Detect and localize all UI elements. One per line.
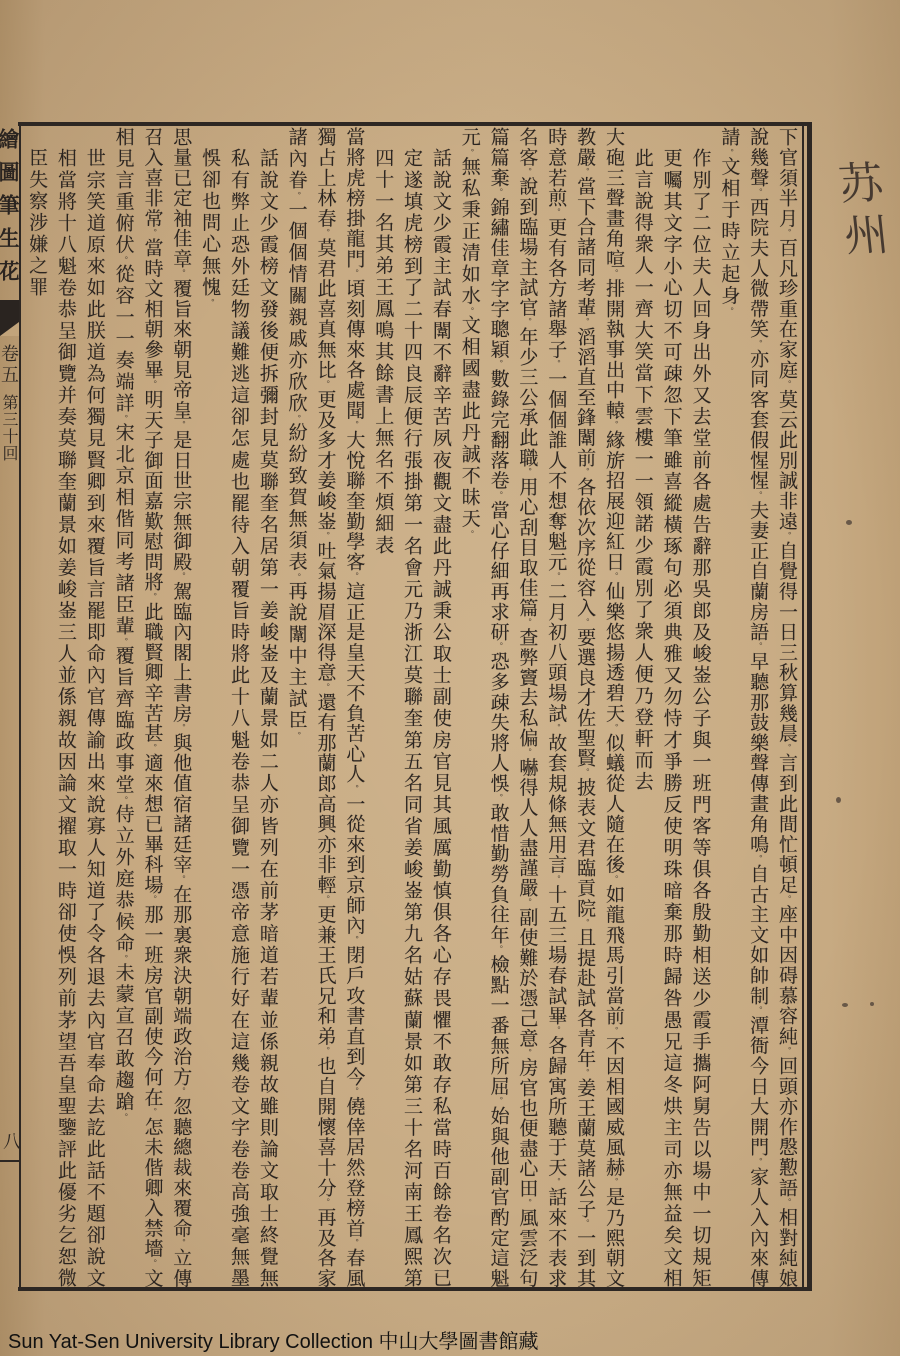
frame-right-inner-border (802, 126, 804, 1287)
text-column: 諸內眷。一個個情關親戚亦欣欣。紛紛致賀無須表。再說闈中主試臣。 (282, 127, 311, 1287)
volume-label: 卷五 (0, 344, 18, 386)
paper-speck (842, 1003, 848, 1007)
page-number: 八 (0, 1132, 19, 1150)
text-column: 悞卻也問心無愧。 (195, 127, 224, 1287)
chapter-label: 第三十回 (0, 394, 18, 462)
frame-left-border (19, 122, 21, 1291)
text-column: 定遂填虎榜到了二十四良辰便行張掛第一名會元乃浙江莫聯奎第五名同省姜峻崟第九名姑蘇… (397, 127, 426, 1287)
text-column: 名客。說到臨場主試官。年少三公承此職。用心刮目取佳篇。查弊竇去私偏。嚇得人人盡謹… (513, 127, 542, 1287)
text-column: 世宗笑道原來如此朕道為何獨見賢卿到來覆旨言罷即命內官傳諭出來說寡人知道了令各退去… (80, 127, 109, 1287)
text-column: 時意若煎。更有各方諸舉子。一個個誰人不想奪魁元。二月初八頭場試。故套規條無用言。… (541, 127, 570, 1287)
text-column: 思量已定袖佳章。覆旨來朝見帝皇。是日世宗無御殿。駕臨內閣上書房。與他值宿諸廷宰。… (166, 127, 195, 1287)
text-column: 話說文少霞榜文發後便拆彌封見莫聯奎名居第一姜峻崟及蘭景如二人亦皆列在前茅暗道若輩… (253, 127, 282, 1287)
text-column: 元。無私秉正清如水。文相國盡此丹誠不昧天。 (455, 127, 484, 1287)
text-column: 篇篇棄。錦繡佳章字字聰穎。數錄完翻落卷。當心仔細再求研。恐多疎失將人悞。敢惜勤勞… (484, 127, 513, 1287)
paper-speck (870, 1002, 874, 1006)
text-column: 召入喜非常。當時文相朝參畢。明天子御面嘉歎慰問將。此職賢卿辛苦甚。適來想已畢科場… (138, 127, 167, 1287)
frame-top-border (18, 122, 812, 126)
text-column: 更囑其文字小心切不可疎忽下筆雖喜縱橫琢句必須典雅又勿恃才爭勝反使明珠暗棄那時歸咎… (657, 127, 686, 1287)
page-spine: 繪圖筆生花 卷五 第三十回 八 (0, 122, 19, 1291)
text-column: 獨占上林春。莫君此喜真無比。更及多才姜峻崟。吐氣揚眉深得意。還有那蘭郎高興亦非輕… (311, 127, 340, 1287)
text-column: 話說文少霞主試春闈不辭辛苦夙夜觀文盡此丹誠秉公取士副使房官見其風厲勤慎俱各心存畏… (426, 127, 455, 1287)
library-credit: Sun Yat-Sen University Library Collectio… (8, 1325, 539, 1354)
text-column: 當將虎榜掛龍門。頃刻傳來各處聞。大悅聯奎勤學客。這正是皇天不負苦心人。一從來到京… (340, 127, 369, 1287)
text-column: 作別了二位夫人回身出外又去堂前各處告辭那吳郎及峻崟公子與一班門客等俱各殷勤相送少… (686, 127, 715, 1287)
text-column: 請。文相于時立起身。 (714, 127, 743, 1287)
text-column: 此言說得衆人一齊大笑當下雲樓一一領諾少霞別了衆人便乃登軒而去 (628, 127, 657, 1287)
spine-rule (0, 1160, 19, 1162)
frame-right-outer-border (807, 122, 812, 1291)
text-column: 私有弊止恐外廷物議難逃這卻怎處也罷待入朝覆旨時將此十八魁卷恭呈御覽一憑帝意施行好… (224, 127, 253, 1287)
frame-bottom-border (18, 1287, 812, 1291)
book-title: 繪圖筆生花 (0, 128, 19, 293)
text-column: 說幾聲。西院夫人微帶笑。亦同客套假惺惺。夫妻正自蘭房語。早聽那鼓樂聲傳畫角鳴。自… (743, 127, 772, 1287)
text-column: 相當將十八魁卷恭呈御覽并奏莫聯奎蘭景如姜峻崟三人並係親故因論文擢取一時卻使悞列前… (51, 127, 80, 1287)
text-column: 教嚴。當下合諸同考輩。滔滔直至鋒闈前。各依次序從容入。要選良才佐聖賢。披表文君臨… (570, 127, 599, 1287)
paper-speck (836, 797, 841, 803)
fishtail-notch (0, 322, 19, 336)
text-column: 下官須半月。百凡珍重在家庭。莫云此別誠非遠。自覺得一日三秋算幾晨。言到此間忙頓足… (772, 127, 801, 1287)
paper-speck (846, 520, 852, 525)
text-block: 下官須半月。百凡珍重在家庭。莫云此別誠非遠。自覺得一日三秋算幾晨。言到此間忙頓足… (22, 127, 801, 1287)
text-column: 大砲三聲畫角喧。排開執事出中轅。緣旂招展迎紅日。仙樂悠揚透碧天。似蟻從人隨在後。… (599, 127, 628, 1287)
text-column: 臣失察涉嫌之罪 (22, 127, 51, 1287)
text-column: 相見言重俯伏。從容一一奏端詳。宋北京相偕同考諸臣輩。覆旨齊臨政事堂。侍立外庭恭候… (109, 127, 138, 1287)
text-column: 四十一名其弟王鳳鳴其餘書上無名不煩細表 (368, 127, 397, 1287)
handwritten-annotation: 苏州 (829, 159, 890, 264)
